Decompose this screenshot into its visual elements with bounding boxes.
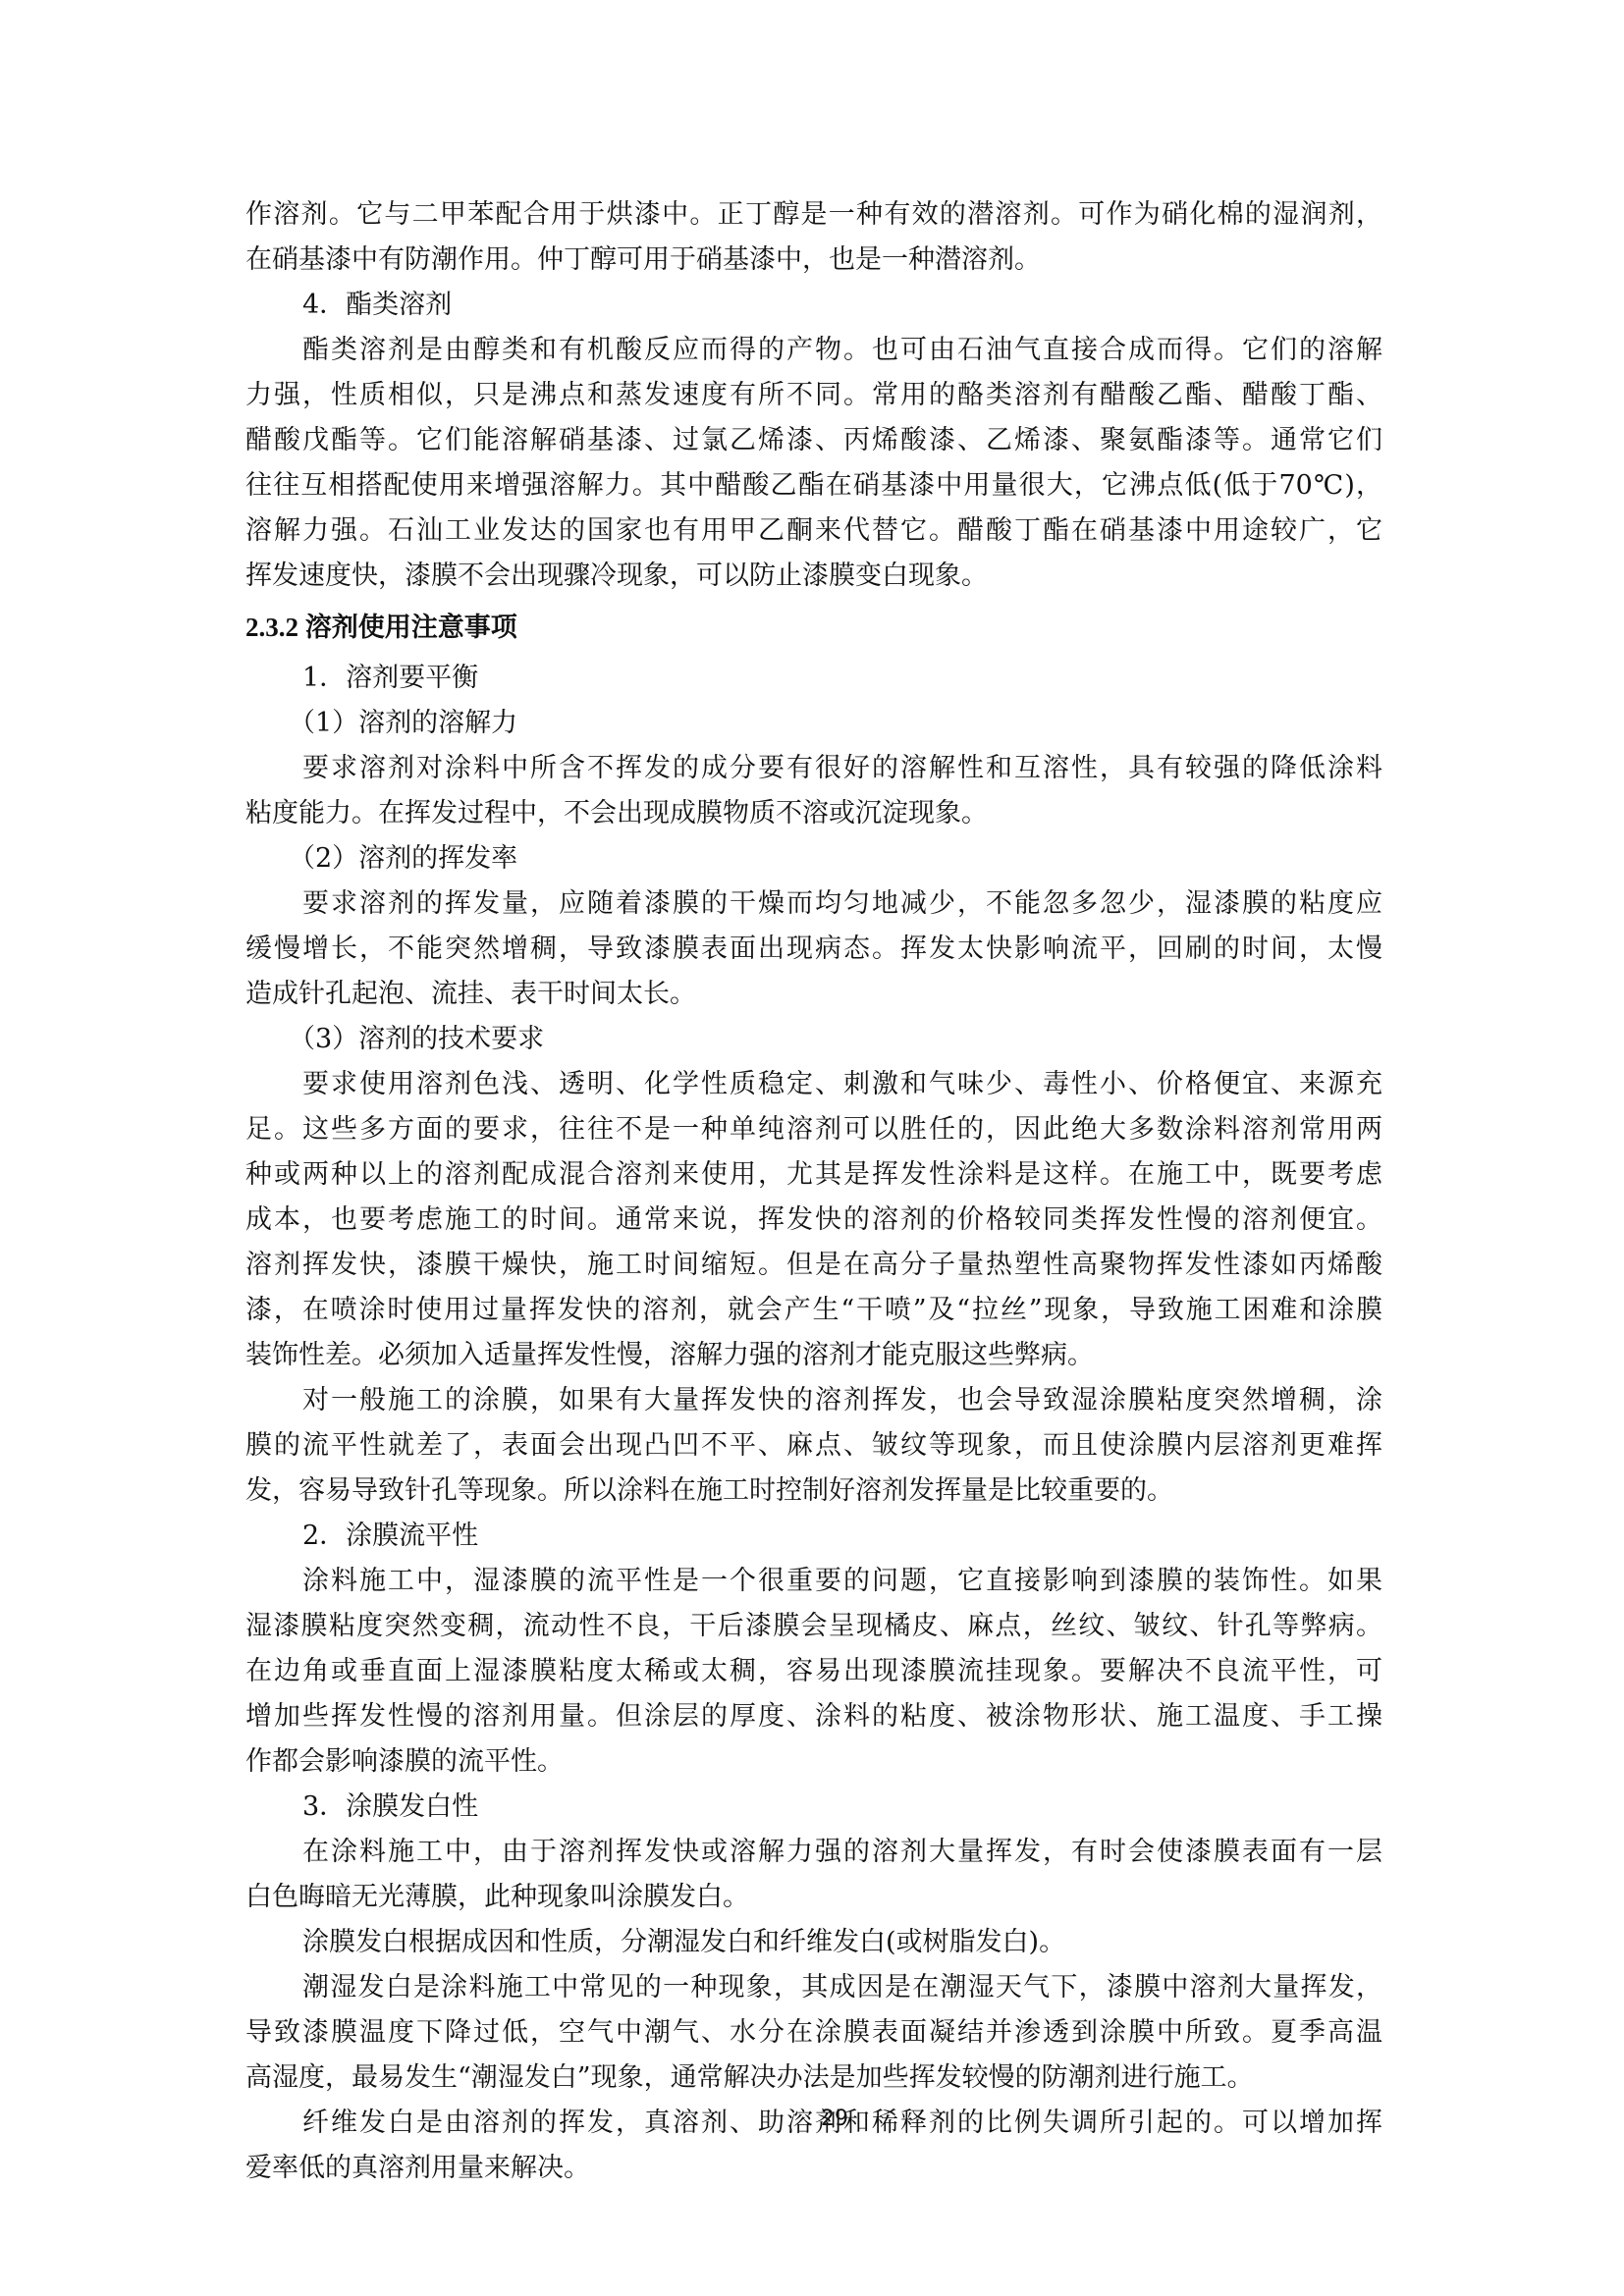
text-line: 往往互相搭配使用来增强溶解力。其中醋酸乙酯在硝基漆中用量很大，它沸点低(低于70…	[245, 463, 1382, 508]
subsection-title: 1．溶剂要平衡	[245, 656, 1382, 701]
text-line: 醋酸戊酯等。它们能溶解硝基漆、过氯乙烯漆、丙烯酸漆、乙烯漆、聚氨酯漆等。通常它们	[245, 418, 1382, 463]
subsection-title: 4．酯类溶剂	[245, 283, 1382, 328]
document-page: 作溶剂。它与二甲苯配合用于烘漆中。正丁醇是一种有效的潜溶剂。可作为硝化棉的湿润剂…	[245, 192, 1382, 2191]
text-line: 装饰性差。必须加入适量挥发性慢，溶解力强的溶剂才能克服这些弊病。	[245, 1333, 1382, 1378]
paragraph: 作溶剂。它与二甲苯配合用于烘漆中。正丁醇是一种有效的潜溶剂。可作为硝化棉的湿润剂…	[245, 192, 1382, 283]
text-line: 作都会影响漆膜的流平性。	[245, 1739, 1382, 1785]
text-line: 发，容易导致针孔等现象。所以涂料在施工时控制好溶剂发挥量是比较重要的。	[245, 1468, 1382, 1514]
text-line: 成本，也要考虑施工的时间。通常来说，挥发快的溶剂的价格较同类挥发性慢的溶剂便宜。	[245, 1198, 1382, 1243]
subsection-title: 3．涂膜发白性	[245, 1785, 1382, 1830]
paragraph: 要求溶剂的挥发量，应随着漆膜的干燥而均匀地减少，不能忽多忽少，湿漆膜的粘度应 缓…	[245, 881, 1382, 1017]
paragraph: 在涂料施工中，由于溶剂挥发快或溶解力强的溶剂大量挥发，有时会使漆膜表面有一层 白…	[245, 1830, 1382, 1920]
text-line: 要求溶剂的挥发量，应随着漆膜的干燥而均匀地减少，不能忽多忽少，湿漆膜的粘度应	[245, 881, 1382, 927]
text-line: 导致漆膜温度下降过低，空气中潮气、水分在涂膜表面凝结并渗透到涂膜中所致。夏季高温	[245, 2010, 1382, 2056]
text-line: 湿漆膜粘度突然变稠，流动性不良，干后漆膜会呈现橘皮、麻点，丝纹、皱纹、针孔等弊病…	[245, 1604, 1382, 1649]
text-line: 在边角或垂直面上湿漆膜粘度太稀或太稠，容易出现漆膜流挂现象。要解决不良流平性，可	[245, 1649, 1382, 1694]
text-line: 粘度能力。在挥发过程中，不会出现成膜物质不溶或沉淀现象。	[245, 791, 1382, 836]
section-heading: 2.3.2 溶剂使用注意事项	[245, 599, 1382, 656]
text-line: 涂膜发白根据成因和性质，分潮湿发白和纤维发白(或树脂发白)。	[245, 1920, 1382, 1965]
sub-subsection-title: （3）溶剂的技术要求	[245, 1017, 1382, 1062]
page-number: 29	[805, 2107, 864, 2131]
text-line: 缓慢增长，不能突然增稠，导致漆膜表面出现病态。挥发太快影响流平，回刷的时间，太慢	[245, 927, 1382, 972]
text-line: 要求使用溶剂色浅、透明、化学性质稳定、刺激和气味少、毒性小、价格便宜、来源充	[245, 1062, 1382, 1107]
text-line: 增加些挥发性慢的溶剂用量。但涂层的厚度、涂料的粘度、被涂物形状、施工温度、手工操	[245, 1694, 1382, 1739]
text-line: 要求溶剂对涂料中所含不挥发的成分要有很好的溶解性和互溶性，具有较强的降低涂料	[245, 746, 1382, 791]
paragraph: 对一般施工的涂膜，如果有大量挥发快的溶剂挥发，也会导致湿涂膜粘度突然增稠，涂 膜…	[245, 1378, 1382, 1514]
text-line: 潮湿发白是涂料施工中常见的一种现象，其成因是在潮湿天气下，漆膜中溶剂大量挥发，	[245, 1965, 1382, 2010]
text-line: 溶剂挥发快，漆膜干燥快，施工时间缩短。但是在高分子量热塑性高聚物挥发性漆如丙烯酸	[245, 1243, 1382, 1288]
text-line: 在硝基漆中有防潮作用。仲丁醇可用于硝基漆中，也是一种潜溶剂。	[245, 238, 1382, 283]
text-line: 挥发速度快，漆膜不会出现骤冷现象，可以防止漆膜变白现象。	[245, 554, 1382, 599]
text-line: 涂料施工中，湿漆膜的流平性是一个很重要的问题，它直接影响到漆膜的装饰性。如果	[245, 1559, 1382, 1604]
text-line: 爱率低的真溶剂用量来解决。	[245, 2146, 1382, 2191]
text-line: 溶解力强。石汕工业发达的国家也有用甲乙酮来代替它。醋酸丁酯在硝基漆中用途较广，它	[245, 508, 1382, 554]
text-line: 种或两种以上的溶剂配成混合溶剂来使用，尤其是挥发性涂料是这样。在施工中，既要考虑	[245, 1152, 1382, 1198]
paragraph: 要求使用溶剂色浅、透明、化学性质稳定、刺激和气味少、毒性小、价格便宜、来源充 足…	[245, 1062, 1382, 1378]
text-line: 白色晦暗无光薄膜，此种现象叫涂膜发白。	[245, 1875, 1382, 1920]
sub-subsection-title: （2）溶剂的挥发率	[245, 836, 1382, 881]
text-line: 造成针孔起泡、流挂、表干时间太长。	[245, 972, 1382, 1017]
sub-subsection-title: （1）溶剂的溶解力	[245, 701, 1382, 746]
paragraph: 涂膜发白根据成因和性质，分潮湿发白和纤维发白(或树脂发白)。	[245, 1920, 1382, 1965]
paragraph: 潮湿发白是涂料施工中常见的一种现象，其成因是在潮湿天气下，漆膜中溶剂大量挥发， …	[245, 1965, 1382, 2101]
text-line: 酯类溶剂是由醇类和有机酸反应而得的产物。也可由石油气直接合成而得。它们的溶解	[245, 328, 1382, 373]
text-line: 高湿度，最易发生“潮湿发白”现象，通常解决办法是加些挥发较慢的防潮剂进行施工。	[245, 2056, 1382, 2101]
paragraph: 要求溶剂对涂料中所含不挥发的成分要有很好的溶解性和互溶性，具有较强的降低涂料 粘…	[245, 746, 1382, 836]
text-line: 力强，性质相似，只是沸点和蒸发速度有所不同。常用的酪类溶剂有醋酸乙酯、醋酸丁酯、	[245, 373, 1382, 418]
paragraph: 涂料施工中，湿漆膜的流平性是一个很重要的问题，它直接影响到漆膜的装饰性。如果 湿…	[245, 1559, 1382, 1785]
text-line: 漆，在喷涂时使用过量挥发快的溶剂，就会产生“干喷”及“拉丝”现象，导致施工困难和…	[245, 1288, 1382, 1333]
paragraph: 酯类溶剂是由醇类和有机酸反应而得的产物。也可由石油气直接合成而得。它们的溶解 力…	[245, 328, 1382, 599]
text-line: 足。这些多方面的要求，往往不是一种单纯溶剂可以胜任的，因此绝大多数涂料溶剂常用两	[245, 1107, 1382, 1152]
text-line: 在涂料施工中，由于溶剂挥发快或溶解力强的溶剂大量挥发，有时会使漆膜表面有一层	[245, 1830, 1382, 1875]
text-line: 作溶剂。它与二甲苯配合用于烘漆中。正丁醇是一种有效的潜溶剂。可作为硝化棉的湿润剂…	[245, 192, 1382, 238]
text-line: 对一般施工的涂膜，如果有大量挥发快的溶剂挥发，也会导致湿涂膜粘度突然增稠，涂	[245, 1378, 1382, 1423]
subsection-title: 2．涂膜流平性	[245, 1514, 1382, 1559]
text-line: 膜的流平性就差了，表面会出现凸凹不平、麻点、皱纹等现象，而且使涂膜内层溶剂更难挥	[245, 1423, 1382, 1468]
